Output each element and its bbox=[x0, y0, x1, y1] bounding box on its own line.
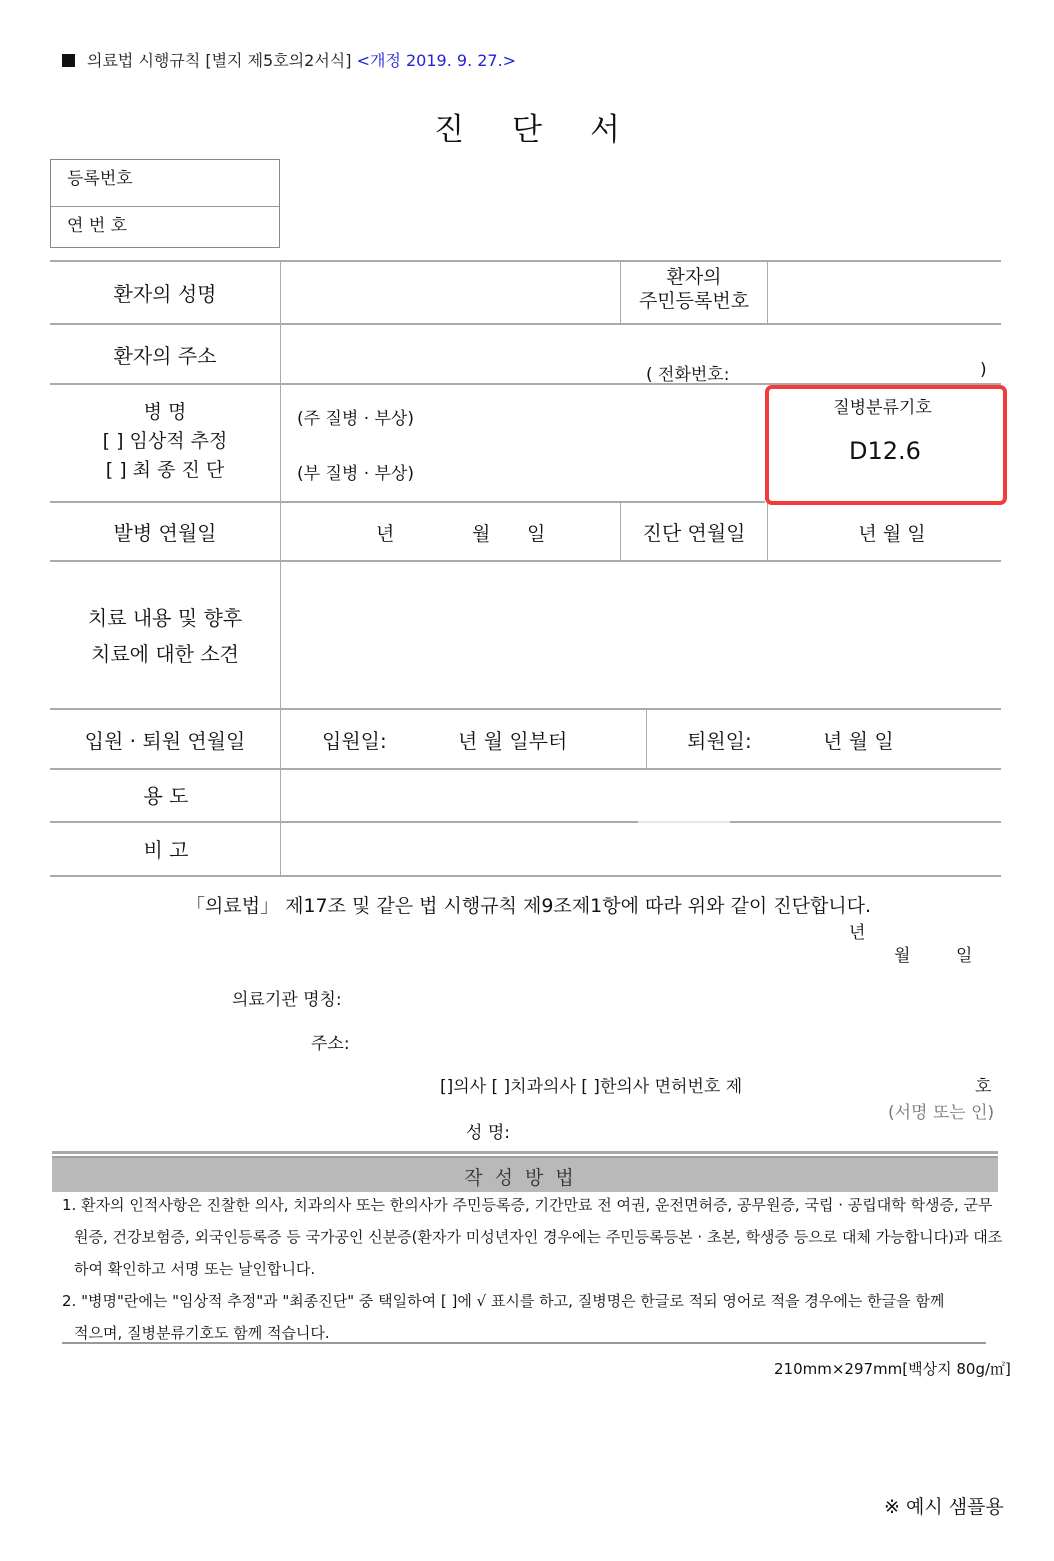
remarks-label: 비 고 bbox=[50, 834, 282, 863]
clinical-estimate-checkbox[interactable]: [ ] 임상적 추정 bbox=[50, 427, 280, 456]
revision-date: <개정 2019. 9. 27.> bbox=[357, 51, 517, 70]
onset-day[interactable]: 일 bbox=[527, 519, 545, 546]
divider bbox=[50, 708, 1001, 710]
instruction-item-1-line-1: 1. 환자의 인적사항은 진찰한 의사, 치과의사 또는 한의사가 주민등록증,… bbox=[62, 1194, 992, 1215]
discharge-date-field[interactable]: 년 월 일 bbox=[823, 725, 894, 754]
purpose-label: 용 도 bbox=[50, 780, 282, 809]
phone-close: ) bbox=[980, 360, 987, 380]
admission-date-field[interactable]: 년 월 일부터 bbox=[458, 725, 567, 754]
patient-address-label: 환자의 주소 bbox=[50, 340, 280, 369]
instruction-item-2-line-1: 2. "병명"란에는 "임상적 추정"과 "최종진단" 중 택일하여 [ ]에 … bbox=[62, 1290, 944, 1311]
diagnosis-date-field[interactable]: 년 월 일 bbox=[769, 519, 1015, 546]
onset-month[interactable]: 월 bbox=[472, 519, 490, 546]
patient-name-label: 환자의 성명 bbox=[50, 278, 280, 307]
remarks-field[interactable] bbox=[282, 823, 1001, 874]
treatment-label-line2: 치료에 대한 소견 bbox=[50, 636, 280, 672]
institution-address-label: 주소: bbox=[311, 1029, 350, 1054]
paper-spec: 210mm×297mm[백상지 80g/㎡] bbox=[774, 1358, 1011, 1379]
disease-name-label: 병 명 bbox=[50, 398, 280, 427]
resident-number-label-line1: 환자의 bbox=[621, 265, 767, 289]
divider bbox=[62, 1342, 986, 1344]
final-diagnosis-checkbox[interactable]: [ ] 최 종 진 단 bbox=[50, 456, 280, 485]
resident-number-label: 환자의 주민등록번호 bbox=[621, 265, 767, 313]
sub-disease-field[interactable]: (부 질병 · 부상) bbox=[297, 459, 414, 484]
form-reference: 의료법 시행규칙 [별지 제5호의2서식] bbox=[87, 51, 352, 70]
admission-date-label: 입원일: bbox=[322, 725, 387, 754]
serial-number-field[interactable]: 연 번 호 bbox=[51, 207, 279, 247]
admission-discharge-label: 입원 · 퇴원 연월일 bbox=[50, 725, 280, 754]
instruction-item-2-line-2: 적으며, 질병분류기호도 함께 적습니다. bbox=[74, 1322, 330, 1343]
institution-name-label: 의료기관 명칭: bbox=[232, 985, 342, 1010]
discharge-date-label: 퇴원일: bbox=[687, 725, 752, 754]
divider bbox=[52, 1151, 998, 1154]
treatment-opinion-field[interactable] bbox=[282, 562, 1001, 707]
declaration-day[interactable]: 일 bbox=[956, 941, 972, 966]
disease-name-label-group: 병 명 [ ] 임상적 추정 [ ] 최 종 진 단 bbox=[50, 398, 280, 485]
purpose-field[interactable] bbox=[282, 770, 1001, 820]
divider bbox=[767, 261, 768, 324]
declaration-year[interactable]: 년 bbox=[849, 918, 865, 943]
divider bbox=[50, 501, 765, 503]
main-disease-field[interactable]: (주 질병 · 부상) bbox=[297, 404, 414, 429]
instructions-title: 작성방법 bbox=[52, 1163, 998, 1190]
treatment-label-line1: 치료 내용 및 향후 bbox=[50, 600, 280, 636]
doctor-name-label: 성 명: bbox=[466, 1118, 510, 1143]
resident-number-label-line2: 주민등록번호 bbox=[621, 289, 767, 313]
signature-note: (서명 또는 인) bbox=[888, 1098, 994, 1123]
onset-date-label: 발병 연월일 bbox=[50, 517, 280, 546]
resident-number-field[interactable] bbox=[769, 262, 1001, 323]
divider bbox=[767, 502, 768, 561]
onset-year[interactable]: 년 bbox=[376, 519, 394, 546]
treatment-opinion-label: 치료 내용 및 향후 치료에 대한 소견 bbox=[50, 600, 280, 672]
patient-address-field[interactable] bbox=[282, 325, 1001, 383]
license-type-checkboxes[interactable]: []의사 [ ]치과의사 [ ]한의사 면허번호 제 bbox=[440, 1072, 742, 1097]
declaration-statement: 「의료법」 제17조 및 같은 법 시행규칙 제9조제1항에 따라 위와 같이 … bbox=[186, 891, 871, 918]
registration-box: 등록번호 연 번 호 bbox=[50, 159, 280, 248]
divider bbox=[646, 709, 647, 769]
disease-code-highlight bbox=[765, 385, 1007, 505]
sample-watermark-note: ※ 예시 샘플용 bbox=[884, 1492, 1004, 1519]
instruction-item-1-line-3: 하여 확인하고 서명 또는 날인합니다. bbox=[74, 1258, 315, 1279]
registration-number-field[interactable]: 등록번호 bbox=[51, 160, 279, 207]
phone-label: ( 전화번호: bbox=[646, 360, 729, 385]
diagnosis-date-label: 진단 연월일 bbox=[621, 517, 767, 546]
form-reference-header: 의료법 시행규칙 [별지 제5호의2서식] <개정 2019. 9. 27.> bbox=[62, 48, 516, 71]
instruction-item-1-line-2: 원증, 건강보험증, 외국인등록증 등 국가공인 신분증(환자가 미성년자인 경… bbox=[74, 1226, 1002, 1247]
patient-name-field[interactable] bbox=[282, 262, 620, 323]
divider bbox=[50, 875, 1001, 877]
page-title: 진단서 bbox=[0, 104, 1054, 149]
license-suffix: 호 bbox=[975, 1072, 991, 1097]
square-bullet-icon bbox=[62, 54, 75, 67]
declaration-month[interactable]: 월 bbox=[894, 941, 910, 966]
